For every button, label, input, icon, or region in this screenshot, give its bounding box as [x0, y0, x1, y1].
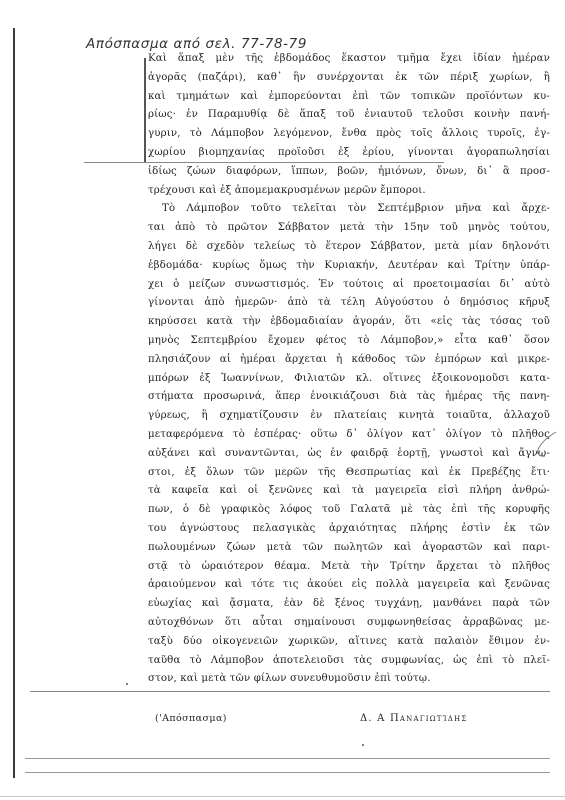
- text-line: γύρεως, ἢ σχηματίζουσιν ἐν πλατείαις κιν…: [148, 407, 550, 426]
- text-line: του ἀγνώστους πελασγικὰς ἀρχαιότητας πλή…: [148, 520, 550, 539]
- text-line: μηνὸς Σεπτεμβρίου ἔχομεν φέτος τὸ Λάμποβ…: [148, 332, 550, 351]
- text-line: Καὶ ἅπαξ μὲν τῆς ἑβδομάδος ἕκαστον τμῆμα…: [148, 50, 550, 69]
- text-line: κηρύσσει κατὰ τὴν ἑβδομαδιαίαν ἀγοράν, ὅ…: [148, 313, 550, 332]
- text-line: στήματα προσωρινά, ἅπερ ἐνοικιάζουσι διὰ…: [148, 388, 550, 407]
- text-line: αὐξάνει καὶ συναντῶνται, ὡς ἐν φαιδρᾷ ἑο…: [148, 445, 550, 464]
- text-line: εὐωχίας καὶ ᾄσματα, ἐὰν δὲ ξένος τυγχάνῃ…: [148, 595, 550, 614]
- text-line: χει ὁ μείζων συνωστισμός. Ἐν τούτοις αἱ …: [148, 276, 550, 295]
- text-line: ἰδίως ζώων διαφόρων, ἵππων, βοῶν, ἡμιόνω…: [148, 163, 550, 182]
- text-line: γυριν, τὸ Λάμποβον λεγόμενον, ἔνθα πρὸς …: [148, 125, 550, 144]
- text-line: μεταφερόμενα τὸ ἑσπέρας· οὕτω δ᾿ ὀλίγον …: [148, 426, 550, 445]
- text-line: στᾷ τὸ ὡραιότερον θέαμα. Μετὰ τὴν Τρίτην…: [148, 558, 550, 577]
- text-line: τὰ καφεῖα καὶ οἱ ξενῶνες καὶ τὰ μαγειρεῖ…: [148, 482, 550, 501]
- margin-pen-mark-icon: [536, 430, 558, 460]
- text-line: ταῦθα τὸ Λάμποβον ἀποτελειοῦσι τὰς συμφω…: [148, 652, 550, 671]
- text-line: μπόρων ἐξ Ἰωαννίνων, Φιλιατῶν κλ. οἵτινε…: [148, 370, 550, 389]
- text-line: χωρίου βιομηχανίας προϊοῦσι ἐξ ἐρίου, γί…: [148, 144, 550, 163]
- paragraph-1: Καὶ ἅπαξ μὲν τῆς ἑβδομάδος ἕκαστον τμῆμα…: [148, 50, 550, 200]
- margin-dot: [126, 683, 128, 685]
- text-line: ται ἀπὸ τὸ πρῶτον Σάββατον μετὰ τὴν 15ην…: [148, 219, 550, 238]
- document-body: Καὶ ἅπαξ μὲν τῆς ἑβδομάδος ἕκαστον τμῆμα…: [148, 50, 550, 689]
- source-label: ('Απόσπασμα): [155, 713, 227, 724]
- author-signature: Δ. Α Παναγιωτίδης: [360, 713, 467, 724]
- text-line: πλησιάζουν αἱ ἡμέραι ἄρχεται ἡ κάθοδος τ…: [148, 351, 550, 370]
- text-line: καὶ τμημάτων καὶ ἐμπορεύονται ἐπὶ τῶν το…: [148, 88, 550, 107]
- text-line: στον, καὶ μετὰ τῶν φίλων συνευθυμοῦσιν ἐ…: [148, 670, 550, 689]
- end-of-text-rule: [30, 691, 550, 692]
- bottom-rule: [25, 772, 550, 773]
- text-line: γίνονται ἀπὸ ἡμερῶν· ἀπὸ τὰ τέλη Αὐγούστ…: [148, 294, 550, 313]
- text-line: ἀγορᾶς (παζάρι), καθ᾿ ἣν συνέρχονται ἐκ …: [148, 69, 550, 88]
- paragraph-2: Τὸ Λάμποβον τοῦτο τελεῖται τὸν Σεπτέμβρι…: [148, 200, 550, 689]
- text-line: τρέχουσι καὶ ἐξ ἀπομεμακρυσμένων μερῶν ἔ…: [148, 182, 550, 201]
- text-line: ἑβδομάδα· κυρίως ὅμως τὴν Κυριακήν, Δευτ…: [148, 257, 550, 276]
- text-line: πων, ὁ δὲ γραφικὸς λόφος τοῦ Γαλατᾶ μὲ τ…: [148, 501, 550, 520]
- text-line: ταξὺ δύο οἰκογενειῶν χωρικῶν, αἵτινες κα…: [148, 633, 550, 652]
- footer-dot: [362, 744, 364, 746]
- text-line: στοι, ἐξ ὅλων τῶν μερῶν τῆς Θεσπρωτίας κ…: [148, 464, 550, 483]
- text-line: ἀραιούμενον καὶ τότε τις ἀκούει εἰς πολλ…: [148, 576, 550, 595]
- page-edge: [0, 796, 565, 797]
- text-line: Τὸ Λάμποβον τοῦτο τελεῖται τὸν Σεπτέμβρι…: [148, 200, 550, 219]
- text-line: λήγει δὲ σχεδὸν τελείως τὸ ἕτερον Σάββατ…: [148, 238, 550, 257]
- left-margin-rule: [13, 28, 15, 778]
- text-line: ρίως· ἐν Παραμυθίᾳ δὲ ἅπαξ τοῦ ἐνιαυτοῦ …: [148, 106, 550, 125]
- clipping-bracket: [144, 58, 146, 162]
- text-line: αὐτοχθόνων ὅτι αὗται σημαίνουσι συμφωνηθ…: [148, 614, 550, 633]
- text-line: πωλουμένων ζώων μετὰ τῶν πωλητῶν καὶ ἀγο…: [148, 539, 550, 558]
- bottom-rule: [25, 758, 550, 759]
